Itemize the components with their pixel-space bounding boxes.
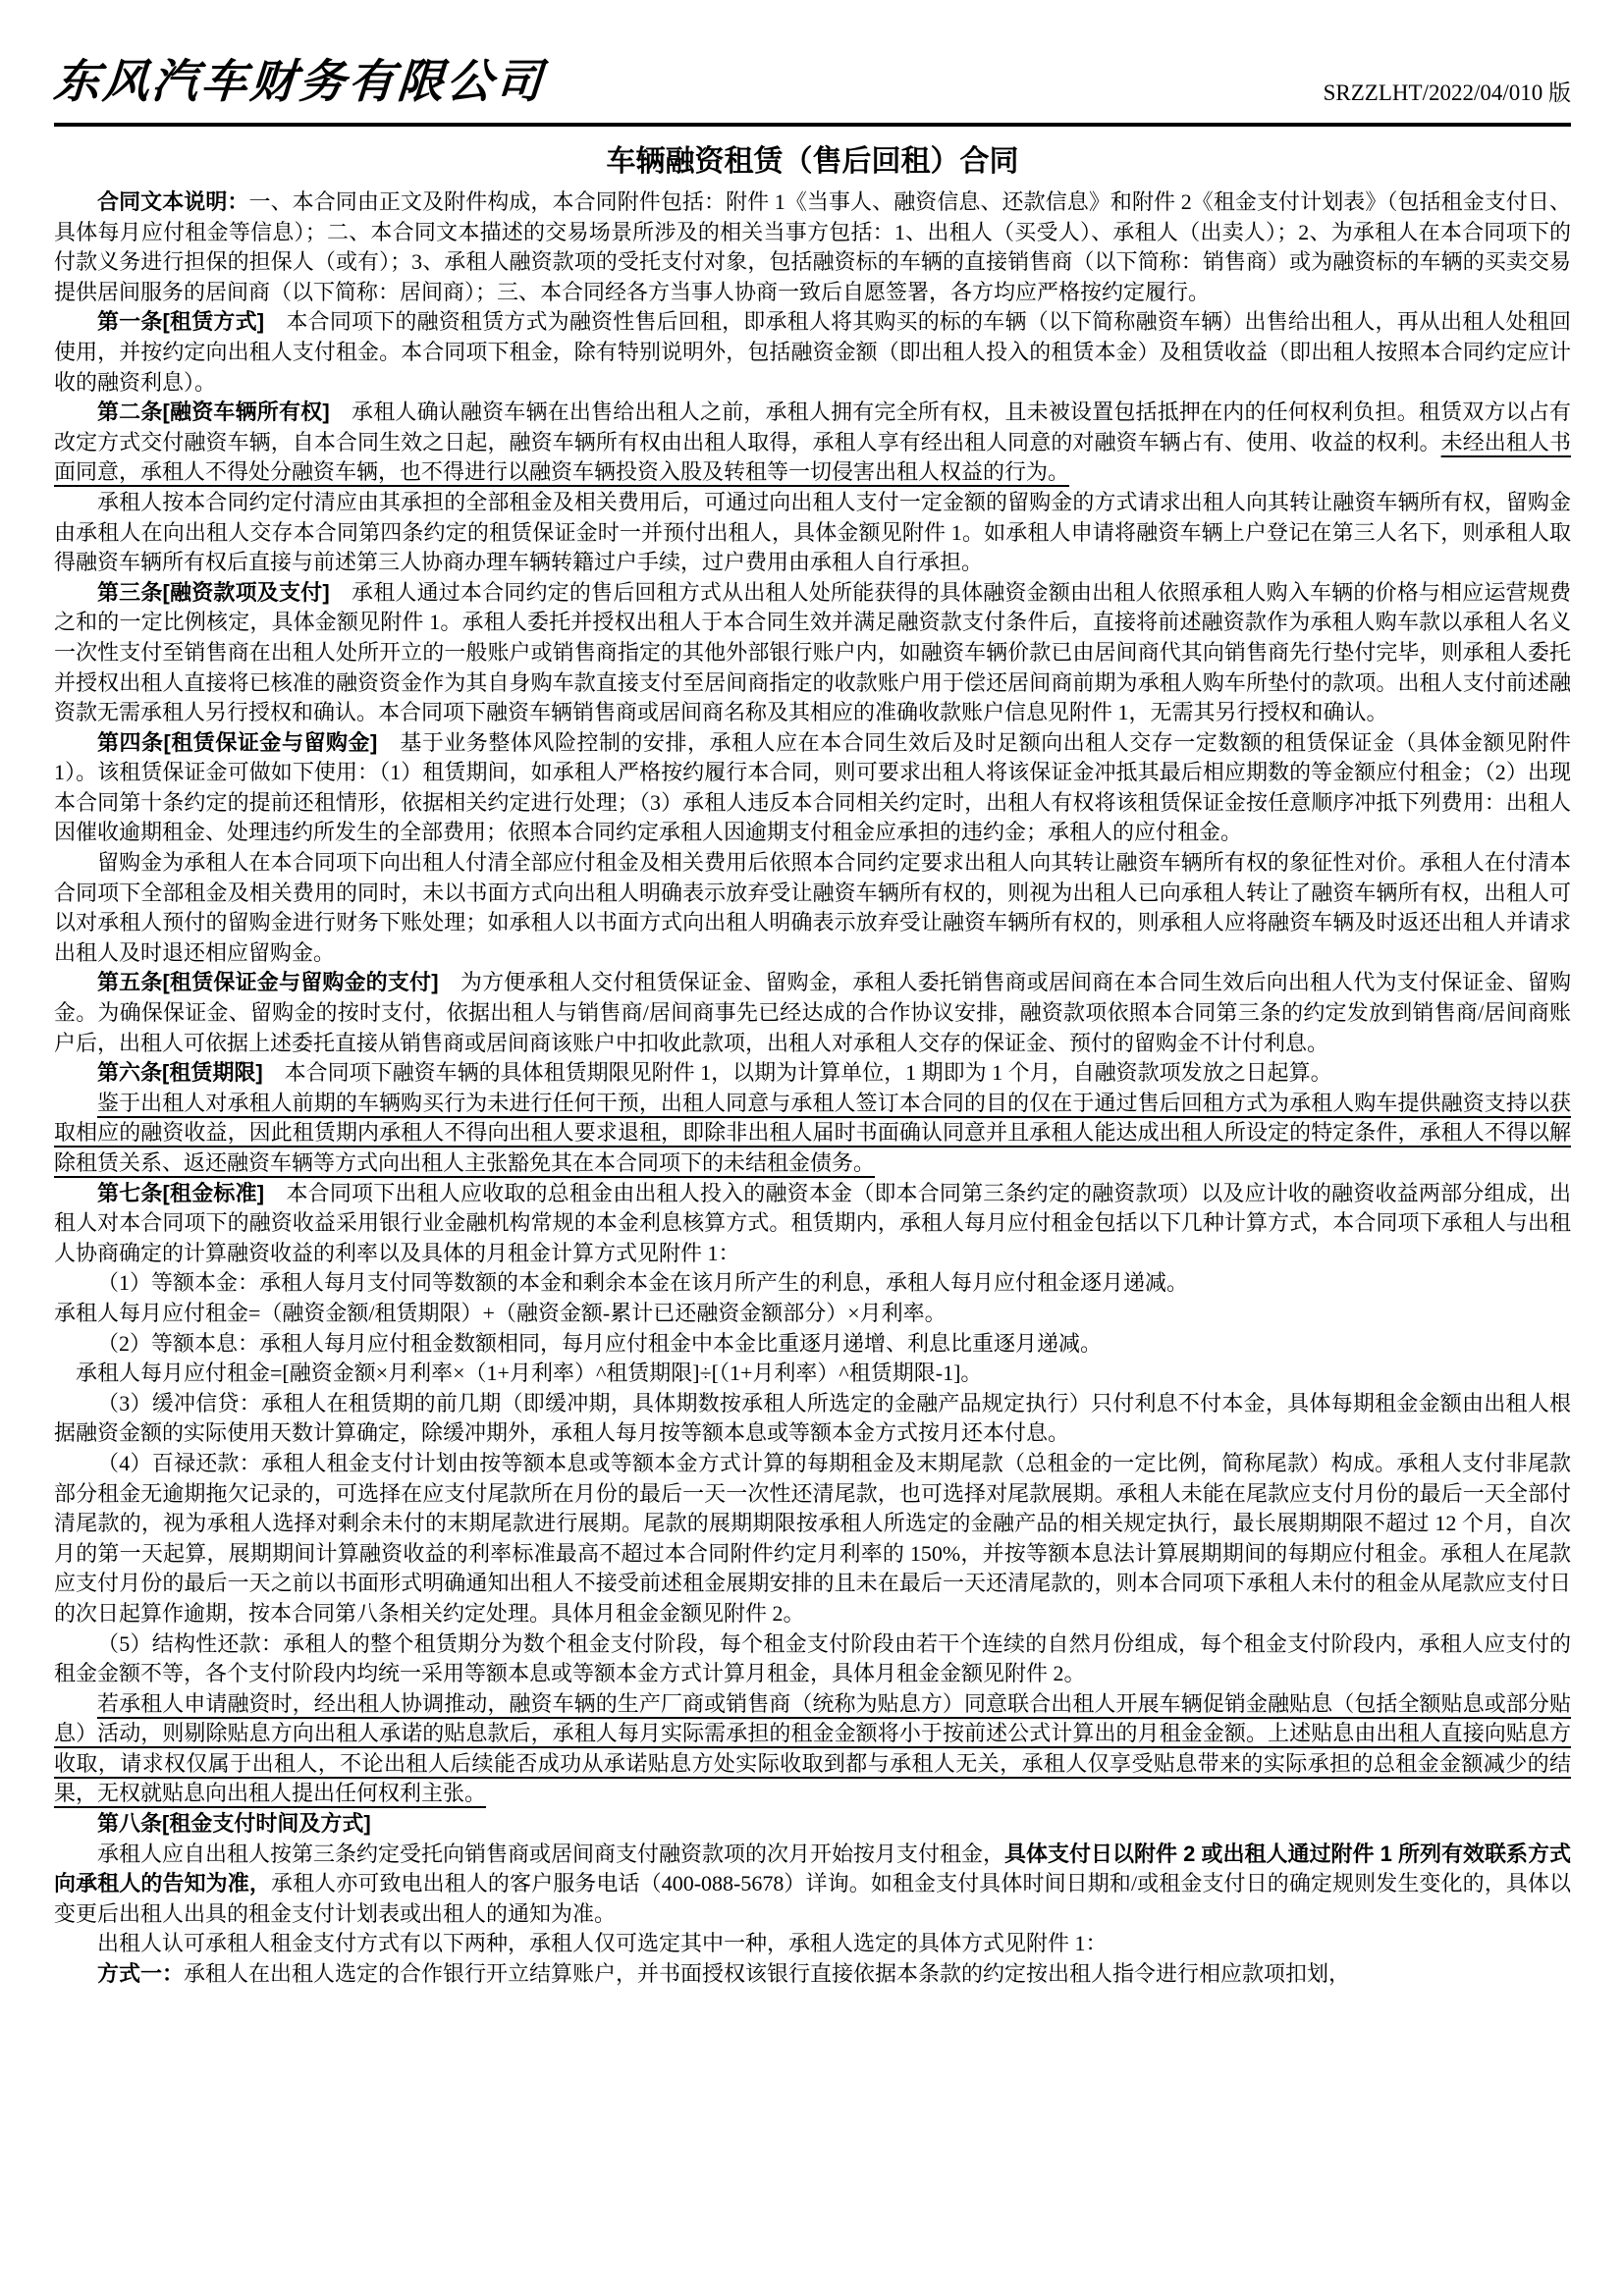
clause-7-item-1: （1）等额本金：承租人每月支付同等数额的本金和剩余本金在该月所产生的利息，承租人…: [54, 1268, 1571, 1299]
text-segment: 承租人每月应付租金=[融资金额×月利率×（1+月利率）^租赁期限]÷[（1+月利…: [76, 1361, 982, 1385]
clause-4-deposit-retention: 第四条[租赁保证金与留购金] 基于业务整体风险控制的安排，承租人应在本合同生效后…: [54, 728, 1571, 848]
clause-8-payment-methods: 出租人认可承租人租金支付方式有以下两种，承租人仅可选定其中一种，承租人选定的具体…: [54, 1929, 1571, 1959]
text-segment: 本合同项下出租人应收取的总租金由出租人投入的融资本金（即本合同第三条约定的融资款…: [54, 1181, 1571, 1265]
clause-4-retention-price: 留购金为承租人在本合同项下向出租人付清全部应付租金及相关费用后依照本合同约定要求…: [54, 848, 1571, 968]
text-segment: （2）等额本息：承租人每月应付租金数额相同，每月应付租金中本金比重逐月递增、利息…: [97, 1331, 1102, 1356]
text-segment: 第四条[租赁保证金与留购金]: [97, 730, 377, 755]
clause-3-financing-payment: 第三条[融资款项及支付] 承租人通过本合同约定的售后回租方式从出租人处所能获得的…: [54, 578, 1571, 728]
clause-1-lease-mode: 第一条[租赁方式] 本合同项下的融资租赁方式为融资性售后回租，即承租人将其购买的…: [54, 307, 1571, 398]
clause-8-method-1: 方式一：承租人在出租人选定的合作银行开立结算账户，并书面授权该银行直接依据本条款…: [54, 1959, 1571, 1990]
text-segment: 合同文本说明：: [97, 189, 249, 214]
contract-body: 合同文本说明：一、本合同由正文及附件构成，本合同附件包括：附件 1《当事人、融资…: [54, 187, 1571, 1990]
text-segment: 第二条[融资车辆所有权]: [97, 400, 330, 424]
header-divider: [54, 123, 1571, 127]
clause-7-formula-2: 承租人每月应付租金=[融资金额×月利率×（1+月利率）^租赁期限]÷[（1+月利…: [54, 1359, 1571, 1389]
text-segment: 方式一：: [97, 1961, 184, 1986]
text-segment: （1）等额本金：承租人每月支付同等数额的本金和剩余本金在该月所产生的利息，承租人…: [97, 1270, 1188, 1295]
clause-8-payment-time: 承租人应自出租人按第三条约定受托向销售商或居间商支付融资款项的次月开始按月支付租…: [54, 1840, 1571, 1930]
text-segment: 第七条[租金标准]: [97, 1181, 264, 1205]
clause-5-deposit-payment: 第五条[租赁保证金与留购金的支付] 为方便承租人交付租赁保证金、留购金，承租人委…: [54, 968, 1571, 1058]
clause-7-item-4: （4）百禄还款：承租人租金支付计划由按等额本息或等额本金方式计算的每期租金及末期…: [54, 1449, 1571, 1629]
text-segment: 承租人应自出租人按第三条约定受托向销售商或居间商支付融资款项的次月开始按月支付租…: [97, 1842, 1004, 1866]
text-segment: 一、本合同由正文及附件构成，本合同附件包括：附件 1《当事人、融资信息、还款信息…: [54, 189, 1571, 304]
text-segment: 第五条[租赁保证金与留购金的支付]: [97, 970, 439, 994]
text-segment: 鉴于出租人对承租人前期的车辆购买行为未进行任何干预，出租人同意与承租人签订本合同…: [54, 1091, 1571, 1175]
clause-2-purchase-option: 承租人按本合同约定付清应由其承担的全部租金及相关费用后，可通过向出租人支付一定金…: [54, 488, 1571, 578]
text-segment: 第六条[租赁期限]: [97, 1060, 263, 1085]
text-segment: 出租人认可承租人租金支付方式有以下两种，承租人仅可选定其中一种，承租人选定的具体…: [97, 1931, 1108, 1955]
text-segment: （4）百禄还款：承租人租金支付计划由按等额本息或等额本金方式计算的每期租金及末期…: [54, 1451, 1571, 1626]
text-segment: 若承租人申请融资时，经出租人协调推动，融资车辆的生产厂商或销售商（统称为贴息方）…: [54, 1691, 1571, 1806]
company-logo: 东风汽车财务有限公司: [52, 45, 548, 111]
text-segment: 第八条[租金支付时间及方式]: [97, 1811, 371, 1836]
text-segment: 承租人按本合同约定付清应由其承担的全部租金及相关费用后，可通过向出租人支付一定金…: [54, 490, 1571, 574]
contract-title: 车辆融资租赁（售后回租）合同: [54, 136, 1571, 180]
text-segment: 承租人亦可致电出租人的客户服务电话（400-088-5678）详询。如租金支付具…: [54, 1871, 1571, 1926]
contract-intro: 合同文本说明：一、本合同由正文及附件构成，本合同附件包括：附件 1《当事人、融资…: [54, 187, 1571, 307]
text-segment: （5）结构性还款：承租人的整个租赁期分为数个租金支付阶段，每个租金支付阶段由若干…: [54, 1631, 1571, 1686]
clause-2-vehicle-ownership: 第二条[融资车辆所有权] 承租人确认融资车辆在出售给出租人之前，承租人拥有完全所…: [54, 398, 1571, 488]
clause-7-item-5: （5）结构性还款：承租人的整个租赁期分为数个租金支付阶段，每个租金支付阶段由若干…: [54, 1629, 1571, 1689]
text-segment: 第三条[融资款项及支付]: [97, 580, 330, 605]
clause-7-formula-1: 承租人每月应付租金=（融资金额/租赁期限）+（融资金额-累计已还融资金额部分）×…: [54, 1299, 1571, 1329]
clause-6-no-termination: 鉴于出租人对承租人前期的车辆购买行为未进行任何干预，出租人同意与承租人签订本合同…: [54, 1089, 1571, 1179]
text-segment: 承租人在出租人选定的合作银行开立结算账户，并书面授权该银行直接依据本条款的约定按…: [184, 1961, 1350, 1986]
clause-7-item-2: （2）等额本息：承租人每月应付租金数额相同，每月应付租金中本金比重逐月递增、利息…: [54, 1329, 1571, 1360]
clause-7-subsidy: 若承租人申请融资时，经出租人协调推动，融资车辆的生产厂商或销售商（统称为贴息方）…: [54, 1689, 1571, 1809]
text-segment: 承租人每月应付租金=（融资金额/租赁期限）+（融资金额-累计已还融资金额部分）×…: [54, 1301, 947, 1325]
text-segment: 第一条[租赁方式]: [97, 309, 264, 334]
doc-version-label: SRZZLHT/2022/04/010 版: [1324, 75, 1571, 111]
clause-6-lease-term: 第六条[租赁期限] 本合同项下融资车辆的具体租赁期限见附件 1，以期为计算单位，…: [54, 1058, 1571, 1089]
contract-page: 东风汽车财务有限公司 SRZZLHT/2022/04/010 版 车辆融资租赁（…: [0, 0, 1624, 2296]
text-segment: （3）缓冲信贷：承租人在租赁期的前几期（即缓冲期，具体期数按承租人所选定的金融产…: [54, 1391, 1571, 1446]
text-segment: 本合同项下的融资租赁方式为融资性售后回租，即承租人将其购买的标的车辆（以下简称融…: [54, 309, 1571, 394]
clause-7-item-3: （3）缓冲信贷：承租人在租赁期的前几期（即缓冲期，具体期数按承租人所选定的金融产…: [54, 1389, 1571, 1449]
clause-7-rent-standard: 第七条[租金标准] 本合同项下出租人应收取的总租金由出租人投入的融资本金（即本合…: [54, 1179, 1571, 1269]
text-segment: 留购金为承租人在本合同项下向出租人付清全部应付租金及相关费用后依照本合同约定要求…: [54, 850, 1571, 965]
page-header: 东风汽车财务有限公司 SRZZLHT/2022/04/010 版: [54, 0, 1571, 111]
text-segment: 本合同项下融资车辆的具体租赁期限见附件 1，以期为计算单位，1 期即为 1 个月…: [263, 1060, 1332, 1085]
clause-8-heading: 第八条[租金支付时间及方式]: [54, 1809, 1571, 1840]
